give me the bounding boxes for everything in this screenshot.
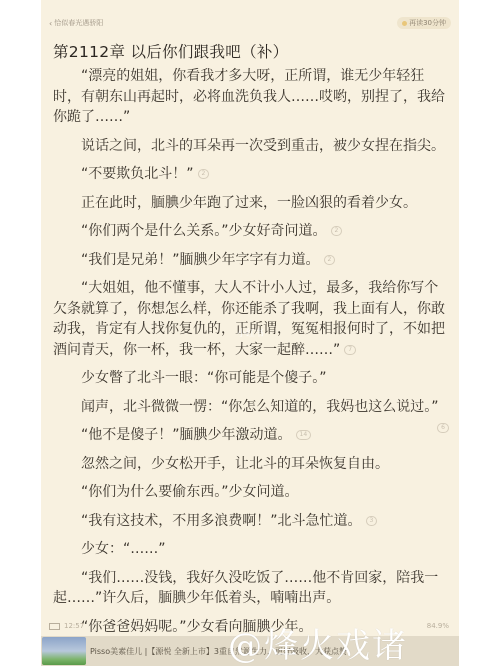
paragraph[interactable]: “大姐姐，他不懂事，大人不计小人过，最多，我给你写个欠条就算了，你想怎么样，你还… — [53, 278, 449, 360]
paragraph[interactable]: “我们……没钱，我好久没吃饭了……他不肯回家，陪我一起……”许久后，腼腆少年低着… — [53, 568, 449, 609]
comment-count-icon[interactable]: 2 — [198, 169, 210, 179]
paragraph[interactable]: “你们两个是什么关系。”少女好奇问道。2 — [53, 221, 449, 242]
paragraph[interactable]: 少女：“……” — [53, 539, 449, 560]
author-watermark: @烽火戏诸 — [228, 618, 408, 666]
comment-count-icon[interactable]: 14 — [296, 430, 312, 440]
platform-watermark: 小红书 — [237, 326, 264, 339]
battery-time: 12:57 — [49, 622, 84, 632]
comment-count-icon[interactable]: 7 — [344, 345, 356, 355]
paragraph[interactable]: 正在此时，腼腆少年跑了过来，一脸凶狠的看着少女。 — [53, 193, 449, 214]
comment-count-icon[interactable]: 2 — [324, 255, 336, 265]
reading-time-label: 再读30分钟 — [409, 18, 446, 28]
paragraph[interactable]: “不要欺负北斗！”2 — [53, 164, 449, 185]
reader-page: ‹ 恰似春光遇骄阳 再读30分钟 第2112章 以后你们跟我吧（补） “漂亮的姐… — [41, 0, 459, 666]
paragraph[interactable]: 闻声，北斗微微一愣：“你怎么知道的，我妈也这么说过。”6 — [53, 397, 449, 418]
ad-thumbnail-image[interactable] — [42, 637, 86, 665]
paragraph[interactable]: “我们是兄弟！”腼腆少年字字有力道。2 — [53, 250, 449, 271]
paragraph[interactable]: 忽然之间，少女松开手，让北斗的耳朵恢复自由。 — [53, 454, 449, 475]
reading-time-badge[interactable]: 再读30分钟 — [397, 17, 451, 29]
paragraph[interactable]: “他不是傻子！”腼腆少年激动道。14 — [53, 425, 449, 446]
paragraph[interactable]: “你们为什么要偷东西。”少女问道。 — [53, 482, 449, 503]
status-bar-top — [55, 4, 445, 14]
book-title-label: 恰似春光遇骄阳 — [54, 18, 103, 28]
paragraph[interactable]: 少女瞥了北斗一眼：“你可能是个傻子。” — [53, 368, 449, 389]
chapter-title: 第2112章 以后你们跟我吧（补） — [53, 40, 288, 62]
clock-icon — [402, 21, 407, 26]
paragraph[interactable]: “漂亮的姐姐，你看我才多大呀，正所谓，谁无少年轻狂时，有朝东山再起时，必将血洗负… — [53, 66, 449, 128]
paragraph[interactable]: 说话之间，北斗的耳朵再一次受到重击，被少女捏在指尖。 — [53, 136, 449, 157]
battery-icon — [49, 623, 60, 630]
chapter-content[interactable]: “漂亮的姐姐，你看我才多大呀，正所谓，谁无少年轻狂时，有朝东山再起时，必将血洗负… — [53, 66, 449, 645]
chevron-left-icon: ‹ — [49, 19, 52, 28]
comment-count-icon[interactable]: 6 — [437, 423, 449, 433]
comment-count-icon[interactable]: 2 — [331, 226, 343, 236]
reader-topbar: ‹ 恰似春光遇骄阳 再读30分钟 — [49, 16, 451, 30]
back-to-book-button[interactable]: ‹ 恰似春光遇骄阳 — [49, 18, 103, 28]
reading-progress: 84.9% — [427, 622, 449, 632]
paragraph[interactable]: “我有这技术，不用多浪费啊！”北斗急忙道。3 — [53, 511, 449, 532]
comment-count-icon[interactable]: 3 — [366, 516, 378, 526]
